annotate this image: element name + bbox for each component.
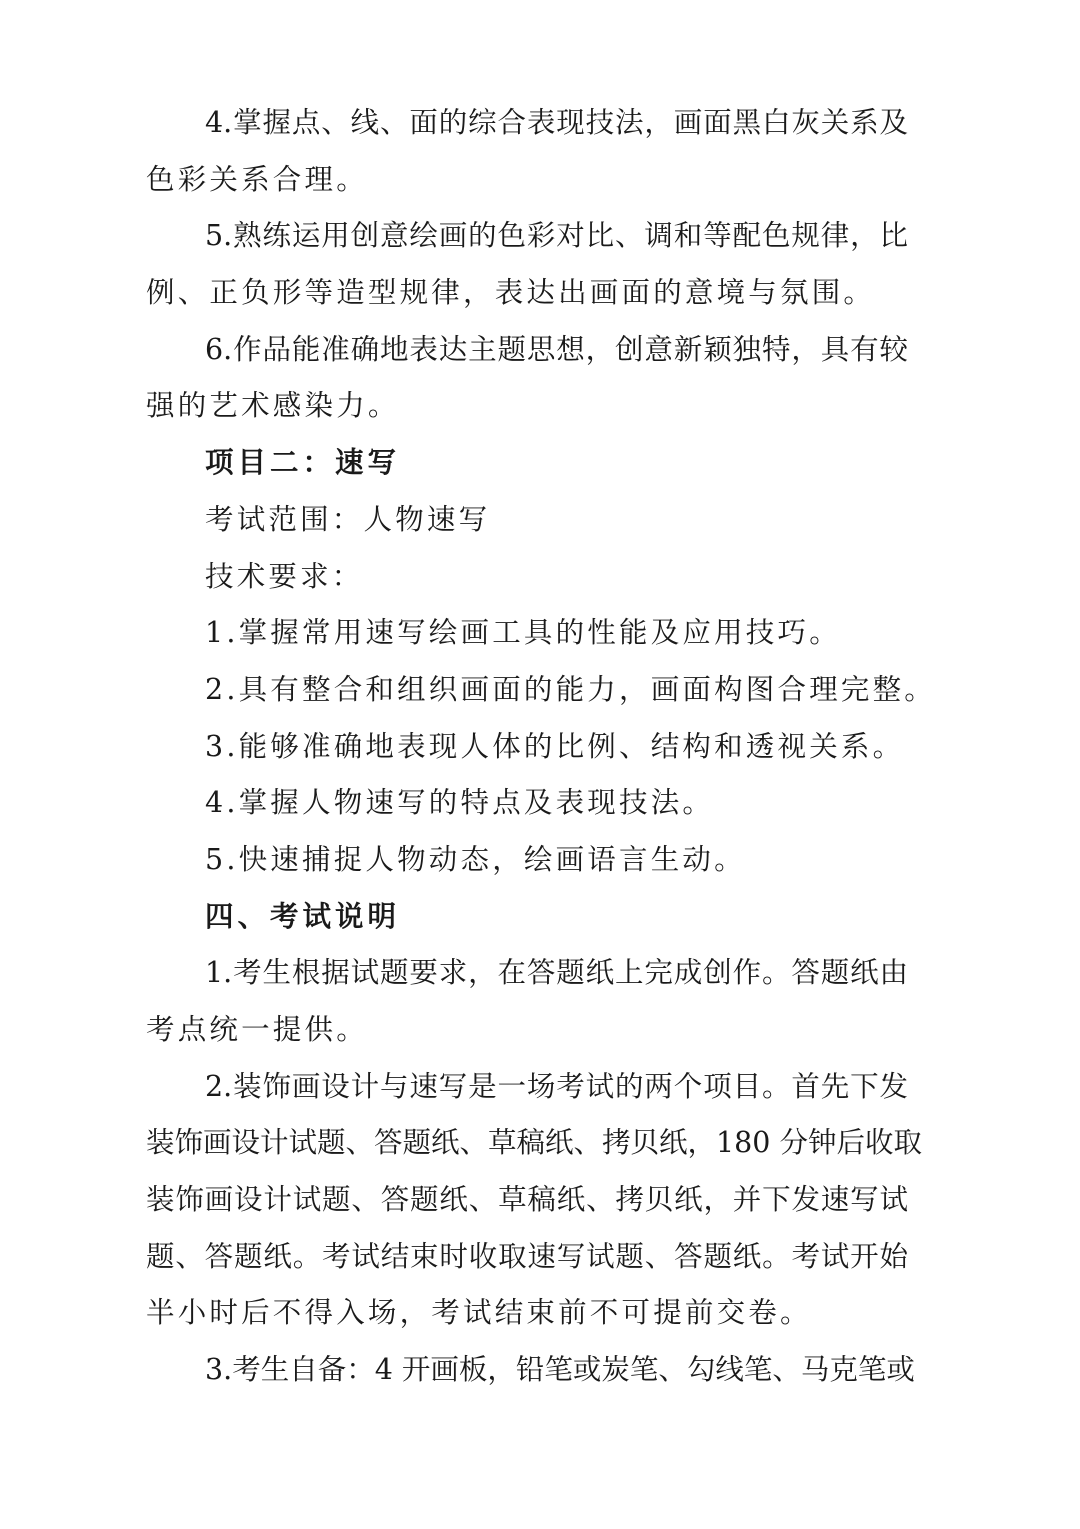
- text-line: 1.考生根据试题要求，在答题纸上完成创作。答题纸由: [146, 945, 908, 1002]
- text-line: 4.掌握点、线、面的综合表现技法，画面黑白灰关系及: [146, 95, 908, 152]
- text-line: 考点统一提供。: [146, 1002, 908, 1059]
- exam-instruction-2: 2.装饰画设计与速写是一场考试的两个项目。首先下发 装饰画设计试题、答题纸、草稿…: [146, 1059, 908, 1342]
- text-line: 3.考生自备：4 开画板，铅笔或炭笔、勾线笔、马克笔或: [146, 1342, 908, 1399]
- text-line: 强的艺术感染力。: [146, 378, 908, 435]
- text-line: 半小时后不得入场，考试结束前不可提前交卷。: [146, 1285, 908, 1342]
- design-requirement-5: 5.熟练运用创意绘画的色彩对比、调和等配色规律，比 例、正负形等造型规律，表达出…: [146, 208, 908, 321]
- text-line: 4.掌握人物速写的特点及表现技法。: [146, 775, 908, 832]
- text-line: 5.快速捕捉人物动态，绘画语言生动。: [146, 832, 908, 889]
- sketch-requirement-1: 1.掌握常用速写绘画工具的性能及应用技巧。: [146, 605, 908, 662]
- sketch-requirement-4: 4.掌握人物速写的特点及表现技法。: [146, 775, 908, 832]
- text-line: 1.掌握常用速写绘画工具的性能及应用技巧。: [146, 605, 908, 662]
- text-line: 装饰画设计试题、答题纸、草稿纸、拷贝纸，180 分钟后收取: [146, 1115, 908, 1172]
- text-line: 6.作品能准确地表达主题思想，创意新颖独特，具有较: [146, 322, 908, 379]
- exam-instruction-1: 1.考生根据试题要求，在答题纸上完成创作。答题纸由 考点统一提供。: [146, 945, 908, 1058]
- text-line: 例、正负形等造型规律，表达出画面的意境与氛围。: [146, 265, 908, 322]
- sketch-requirement-5: 5.快速捕捉人物动态，绘画语言生动。: [146, 832, 908, 889]
- subheading-text: 项目二：速写: [146, 435, 908, 492]
- design-requirement-6: 6.作品能准确地表达主题思想，创意新颖独特，具有较 强的艺术感染力。: [146, 322, 908, 435]
- sketch-requirement-2: 2.具有整合和组织画面的能力，画面构图合理完整。: [146, 662, 908, 719]
- design-requirement-4: 4.掌握点、线、面的综合表现技法，画面黑白灰关系及 色彩关系合理。: [146, 95, 908, 208]
- exam-instruction-3: 3.考生自备：4 开画板，铅笔或炭笔、勾线笔、马克笔或: [146, 1342, 908, 1399]
- document-page: 4.掌握点、线、面的综合表现技法，画面黑白灰关系及 色彩关系合理。 5.熟练运用…: [146, 95, 908, 1399]
- text-line: 技术要求：: [146, 549, 908, 606]
- project-two-heading: 项目二：速写: [146, 435, 908, 492]
- text-line: 2.具有整合和组织画面的能力，画面构图合理完整。: [146, 662, 908, 719]
- section-heading-text: 四、考试说明: [146, 889, 908, 946]
- text-line: 3.能够准确地表现人体的比例、结构和透视关系。: [146, 719, 908, 776]
- exam-instructions-heading: 四、考试说明: [146, 889, 908, 946]
- text-line: 2.装饰画设计与速写是一场考试的两个项目。首先下发: [146, 1059, 908, 1116]
- text-line: 考试范围：人物速写: [146, 492, 908, 549]
- technical-requirements-label: 技术要求：: [146, 549, 908, 606]
- exam-scope: 考试范围：人物速写: [146, 492, 908, 549]
- text-line: 装饰画设计试题、答题纸、草稿纸、拷贝纸，并下发速写试: [146, 1172, 908, 1229]
- sketch-requirement-3: 3.能够准确地表现人体的比例、结构和透视关系。: [146, 719, 908, 776]
- text-line: 色彩关系合理。: [146, 152, 908, 209]
- text-line: 5.熟练运用创意绘画的色彩对比、调和等配色规律，比: [146, 208, 908, 265]
- text-line: 题、答题纸。考试结束时收取速写试题、答题纸。考试开始: [146, 1229, 908, 1286]
